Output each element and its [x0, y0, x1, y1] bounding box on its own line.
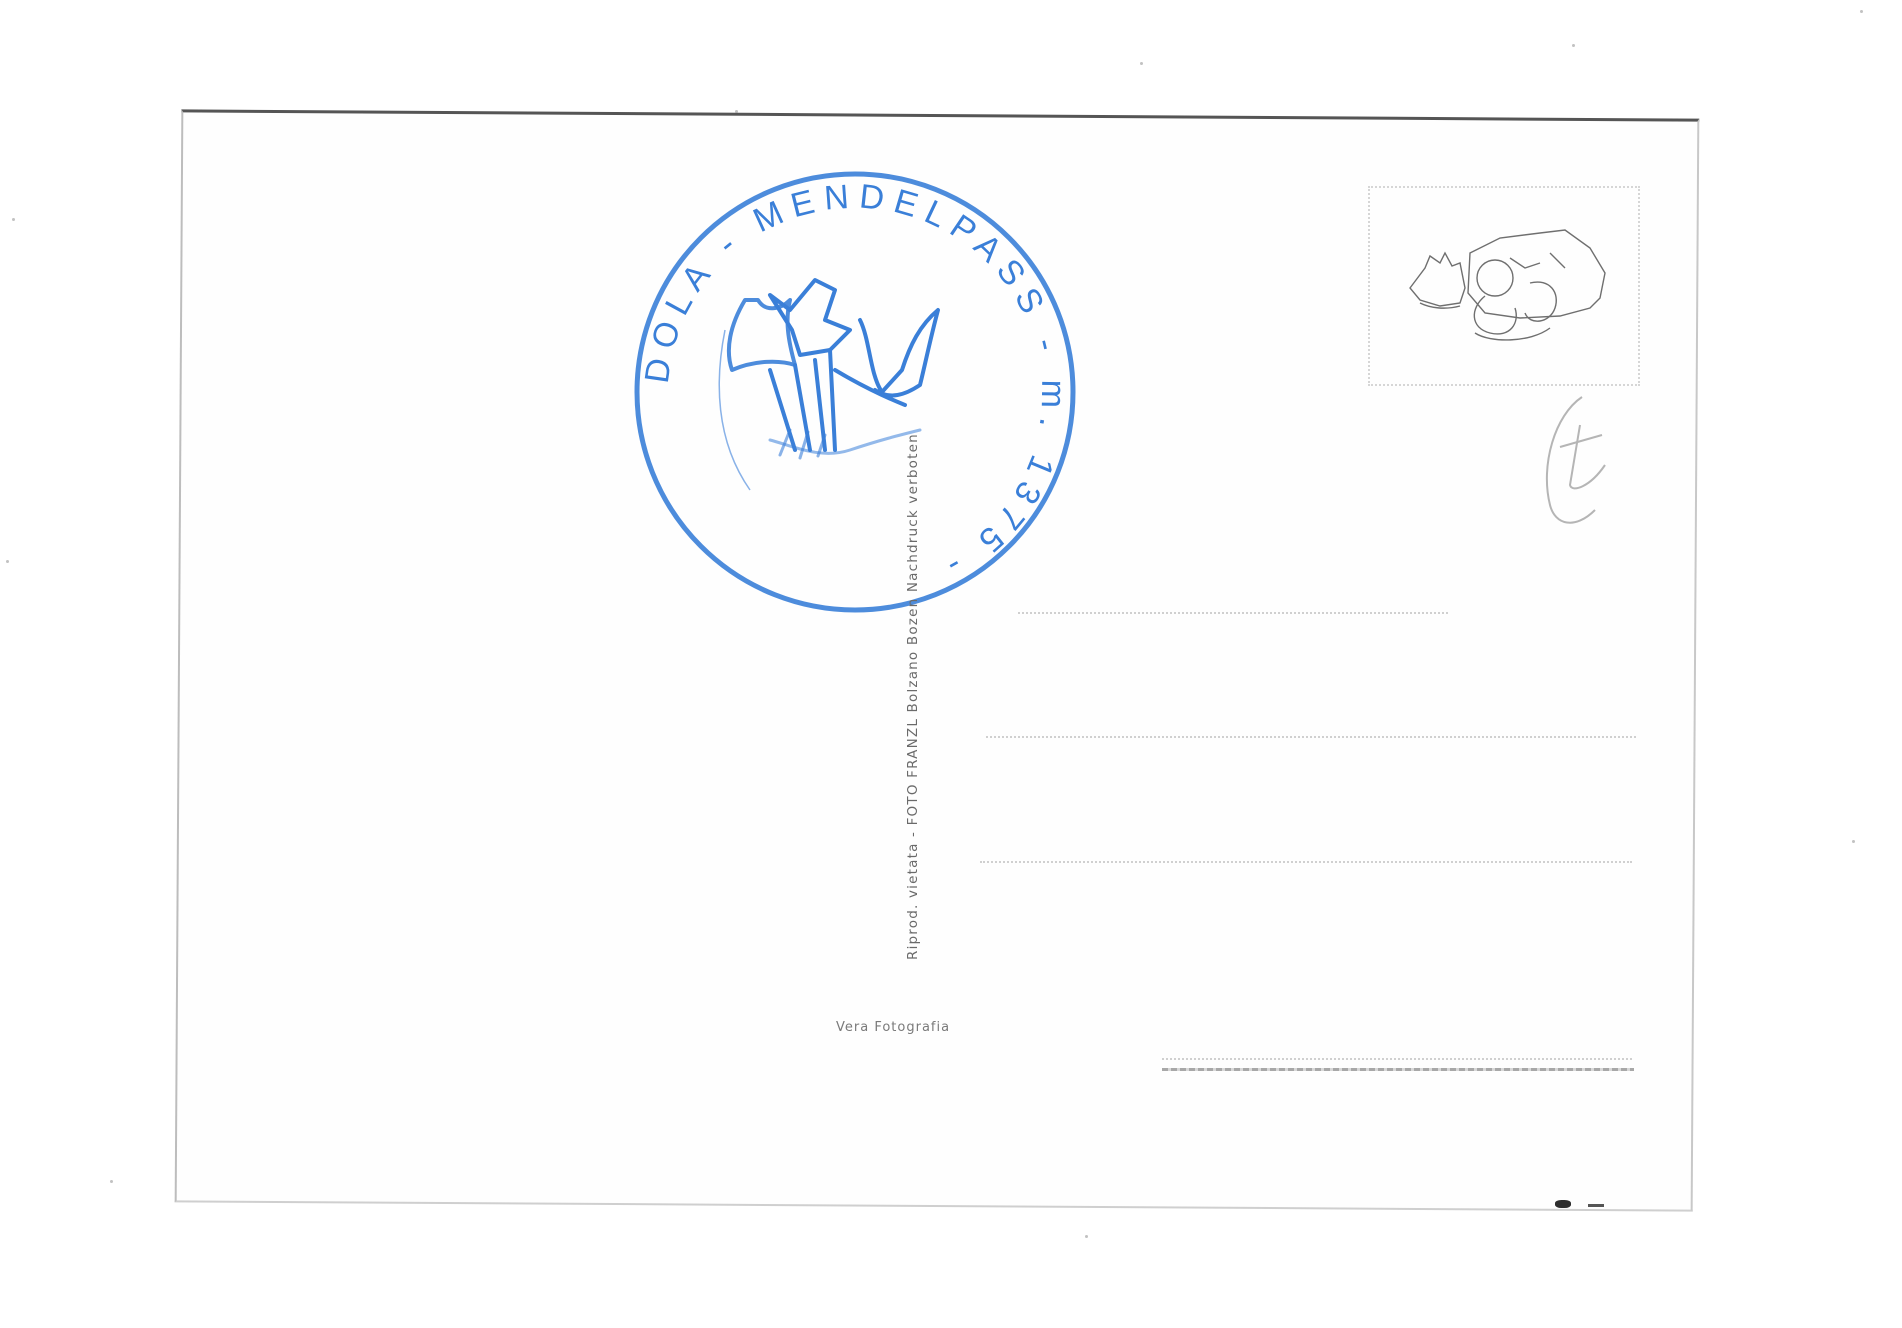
dust-speck [1085, 1235, 1088, 1238]
address-line-2 [986, 736, 1636, 738]
postage-stamp-area [1368, 186, 1640, 386]
address-line-1 [1018, 612, 1448, 614]
dust-speck [1572, 44, 1575, 47]
pencil-mark-text: (t [1520, 385, 1521, 386]
dust-speck [6, 560, 9, 563]
dust-speck [110, 1180, 113, 1183]
address-line-3 [980, 861, 1632, 863]
gentian-flowers-icon [729, 280, 938, 458]
ink-blot [1555, 1200, 1571, 1208]
ink-blot [1588, 1204, 1604, 1207]
address-line-4 [1162, 1068, 1634, 1071]
address-line-4-dots [1162, 1058, 1632, 1060]
dust-speck [1852, 840, 1855, 843]
vera-fotografia-label: Vera Fotografia [836, 1020, 950, 1035]
dust-speck [1860, 10, 1863, 13]
pencil-mark: (t [1520, 385, 1630, 535]
printed-monogram-stamp-icon [1390, 208, 1620, 368]
publisher-imprint: Riprod. vietata - FOTO FRANZL Bolzano Bo… [905, 433, 921, 960]
dust-speck [12, 218, 15, 221]
dust-speck [1140, 62, 1143, 65]
passo-mendola-cancellation-stamp: PASSO MENDOLA - MENDELPASS - m. 1375 - [620, 160, 1090, 630]
